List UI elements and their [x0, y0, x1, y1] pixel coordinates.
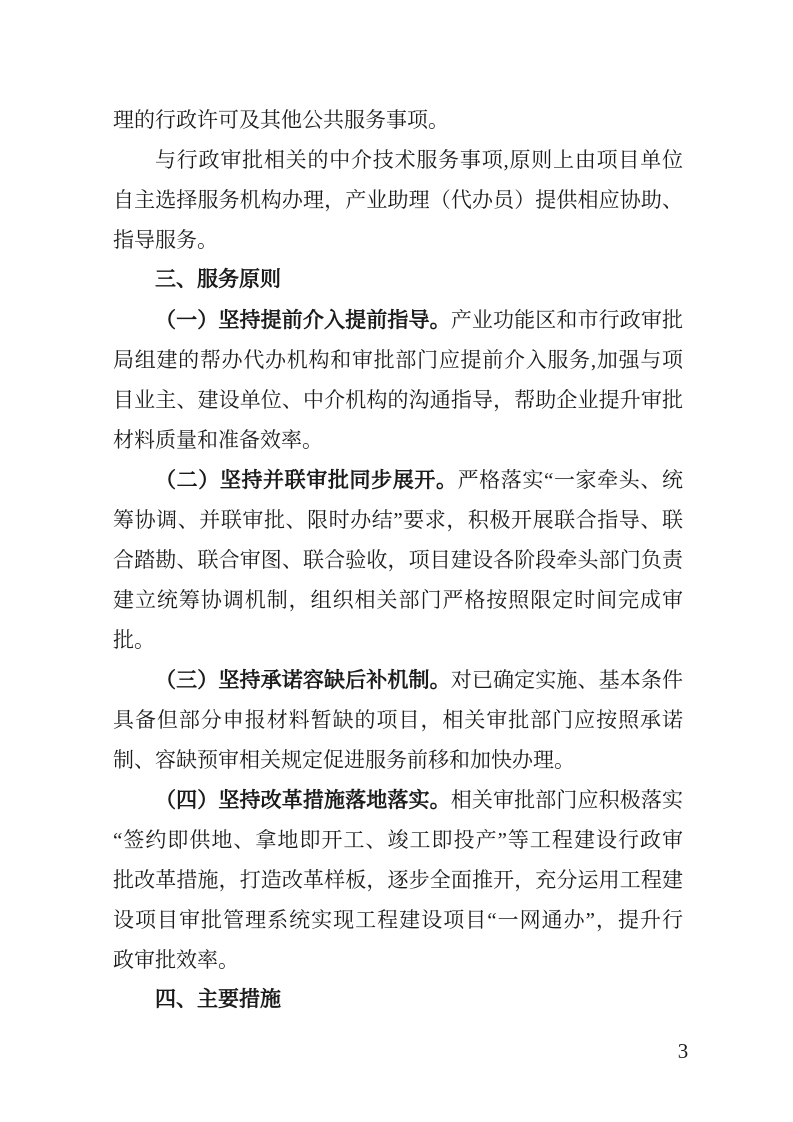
text-line: 与行政审批相关的中介技术服务事项,原则上由项目单位: [113, 140, 683, 180]
text-line: （三）坚持承诺容缺后补机制。对已确定实施、基本条件: [113, 660, 683, 700]
emphasis-text: （二）坚持并联审批同步展开。: [155, 468, 458, 492]
body-text: 理的行政许可及其他公共服务事项。: [113, 108, 449, 132]
text-line: 建立统筹协调机制，组织相关部门严格按照限定时间完成审: [113, 580, 683, 620]
document-page: 理的行政许可及其他公共服务事项。与行政审批相关的中介技术服务事项,原则上由项目单…: [0, 0, 793, 1122]
body-text: 政审批效率。: [113, 948, 239, 972]
text-line: 制、容缺预审相关规定促进服务前移和加快办理。: [113, 740, 683, 780]
text-line: 目业主、建设单位、中介机构的沟通指导，帮助企业提升审批: [113, 380, 683, 420]
document-body: 理的行政许可及其他公共服务事项。与行政审批相关的中介技术服务事项,原则上由项目单…: [113, 100, 683, 1020]
text-line: 材料质量和准备效率。: [113, 420, 683, 460]
page-number: 3: [668, 1036, 698, 1066]
text-line: 批改革措施，打造改革样板，逐步全面推开，充分运用工程建: [113, 860, 683, 900]
section-heading: 四、主要措施: [113, 980, 683, 1020]
body-text: 指导服务。: [113, 228, 218, 252]
text-line: （四）坚持改革措施落地落实。相关审批部门应积极落实: [113, 780, 683, 820]
body-text: 局组建的帮办代办机构和审批部门应提前介入服务,加强与项: [113, 348, 683, 372]
body-text: 材料质量和准备效率。: [113, 428, 323, 452]
body-text: 设项目审批管理系统实现工程建设项目“一网通办”，提升行: [113, 908, 683, 932]
text-line: 指导服务。: [113, 220, 683, 260]
body-text: “签约即供地、拿地即开工、竣工即投产”等工程建设行政审: [113, 828, 683, 852]
text-line: 筹协调、并联审批、限时办结”要求，积极开展联合指导、联: [113, 500, 683, 540]
emphasis-text: 四、主要措施: [155, 988, 281, 1011]
body-text: 严格落实“一家牵头、统: [458, 468, 683, 492]
emphasis-text: （四）坚持改革措施落地落实。: [155, 788, 451, 812]
body-text: 目业主、建设单位、中介机构的沟通指导，帮助企业提升审批: [113, 388, 683, 412]
body-text: 筹协调、并联审批、限时办结”要求，积极开展联合指导、联: [113, 508, 683, 532]
body-text: 产业功能区和市行政审批: [451, 308, 683, 332]
text-line: 局组建的帮办代办机构和审批部门应提前介入服务,加强与项: [113, 340, 683, 380]
text-line: “签约即供地、拿地即开工、竣工即投产”等工程建设行政审: [113, 820, 683, 860]
body-text: 制、容缺预审相关规定促进服务前移和加快办理。: [113, 748, 575, 772]
body-text: 自主选择服务机构办理，产业助理（代办员）提供相应协助、: [113, 188, 683, 212]
emphasis-text: （一）坚持提前介入提前指导。: [155, 308, 451, 332]
body-text: 与行政审批相关的中介技术服务事项,原则上由项目单位: [155, 148, 683, 172]
text-line: （一）坚持提前介入提前指导。产业功能区和市行政审批: [113, 300, 683, 340]
body-text: 批改革措施，打造改革样板，逐步全面推开，充分运用工程建: [113, 868, 683, 892]
section-heading: 三、服务原则: [113, 260, 683, 300]
text-line: 政审批效率。: [113, 940, 683, 980]
body-text: 相关审批部门应积极落实: [451, 788, 683, 812]
body-text: 具备但部分申报材料暂缺的项目，相关审批部门应按照承诺: [113, 708, 683, 732]
text-line: 自主选择服务机构办理，产业助理（代办员）提供相应协助、: [113, 180, 683, 220]
body-text: 批。: [113, 628, 155, 652]
text-line: 具备但部分申报材料暂缺的项目，相关审批部门应按照承诺: [113, 700, 683, 740]
text-line: 理的行政许可及其他公共服务事项。: [113, 100, 683, 140]
text-line: 设项目审批管理系统实现工程建设项目“一网通办”，提升行: [113, 900, 683, 940]
text-line: （二）坚持并联审批同步展开。严格落实“一家牵头、统: [113, 460, 683, 500]
emphasis-text: （三）坚持承诺容缺后补机制。: [155, 668, 451, 692]
text-line: 批。: [113, 620, 683, 660]
body-text: 对已确定实施、基本条件: [451, 668, 683, 692]
body-text: 合踏勘、联合审图、联合验收，项目建设各阶段牵头部门负责: [113, 548, 683, 572]
text-line: 合踏勘、联合审图、联合验收，项目建设各阶段牵头部门负责: [113, 540, 683, 580]
body-text: 建立统筹协调机制，组织相关部门严格按照限定时间完成审: [113, 588, 683, 612]
emphasis-text: 三、服务原则: [155, 268, 281, 291]
